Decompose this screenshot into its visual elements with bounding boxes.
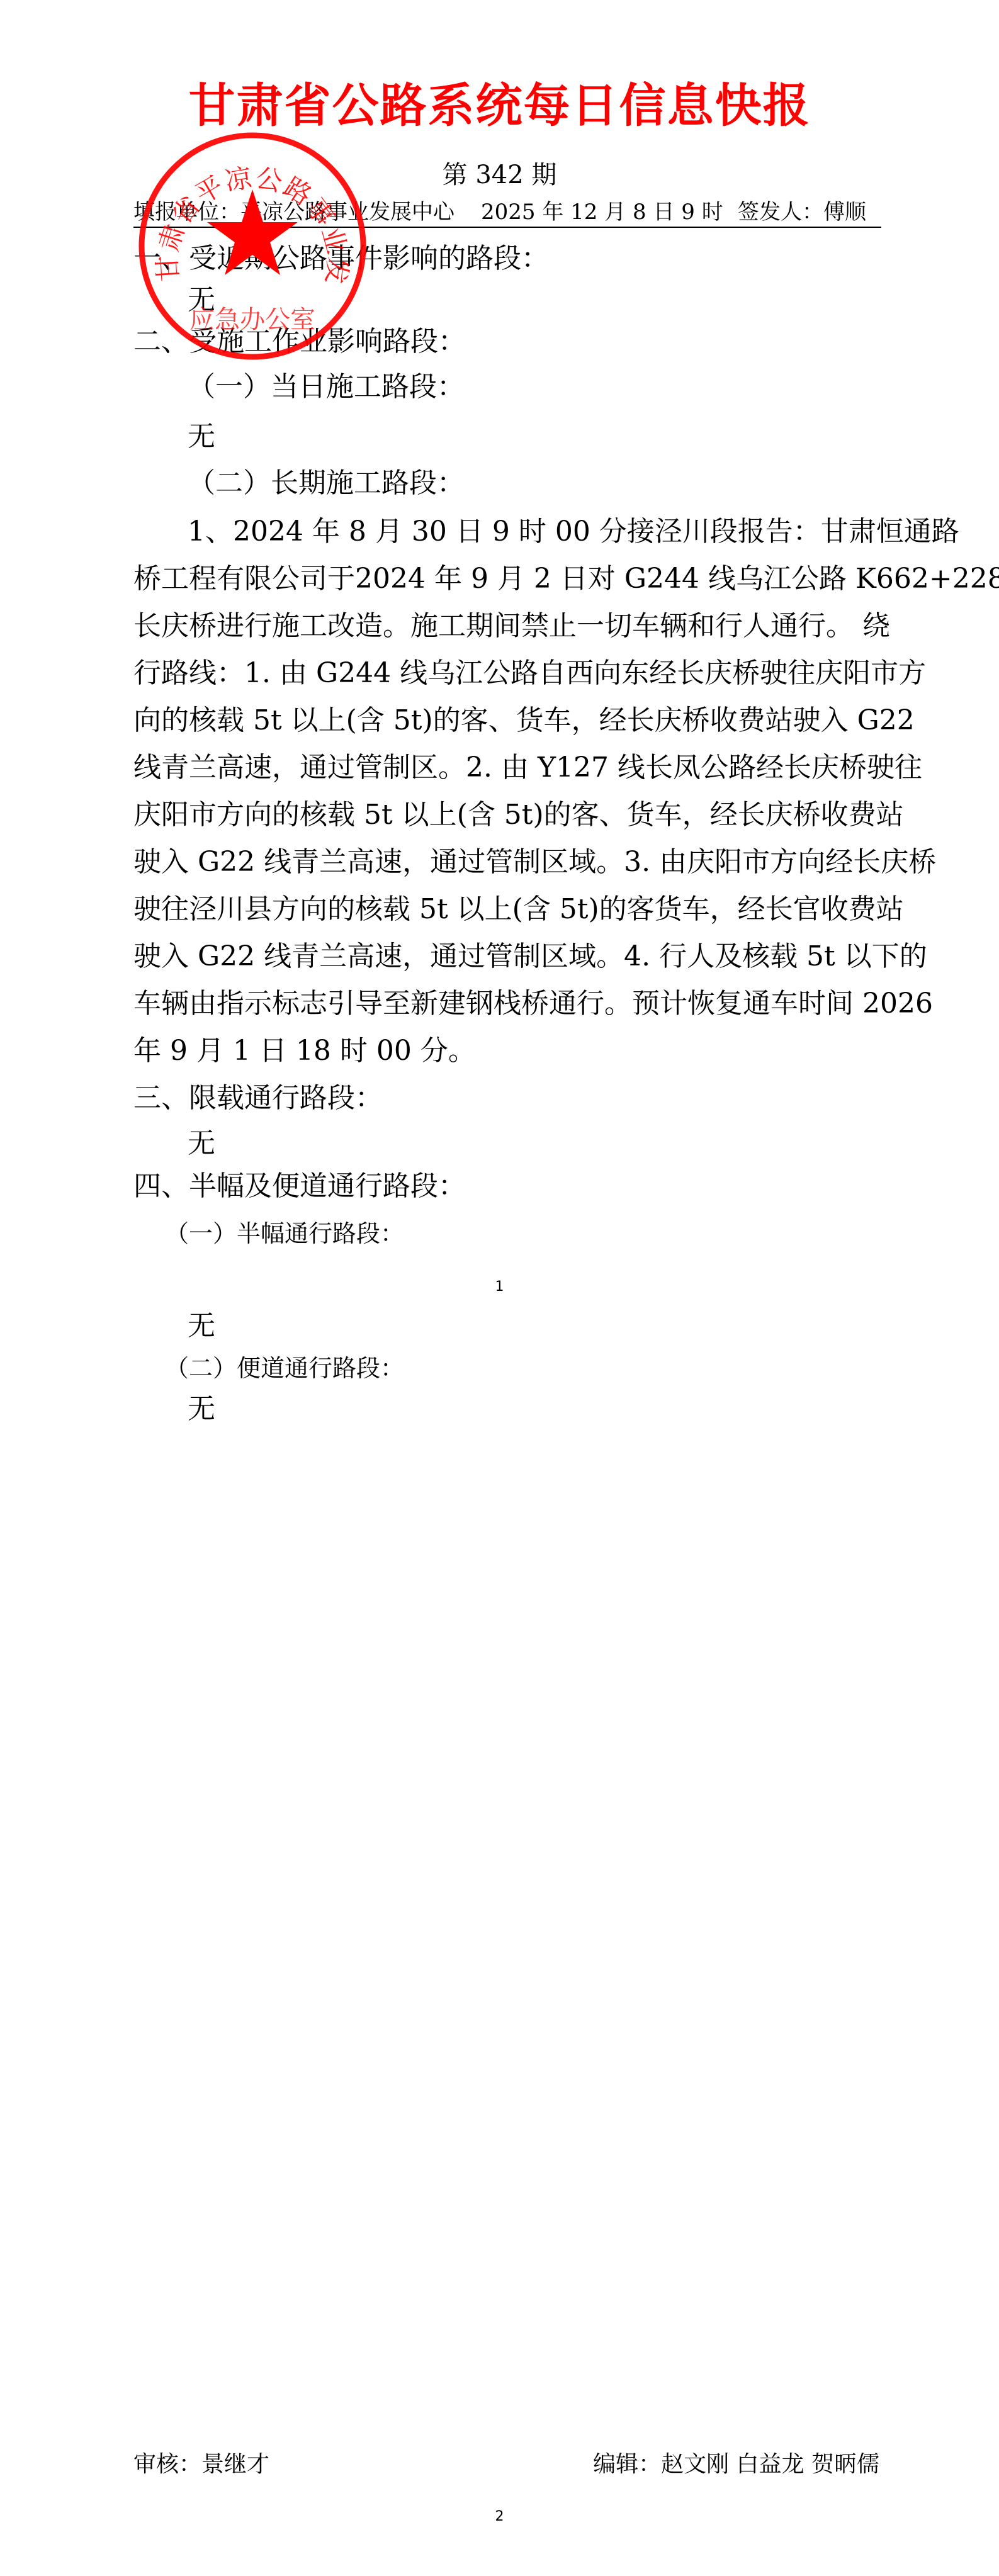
signer: 签发人：傅顺 xyxy=(738,196,866,228)
paragraph-line: 线青兰高速，通过管制区。2. 由 Y127 线长凤公路经长庆桥驶往 xyxy=(133,747,879,789)
section-2-sub2-heading: （二）长期施工路段： xyxy=(188,463,465,504)
section-2-sub1-content: 无 xyxy=(188,416,215,458)
section-4-sub2-content: 无 xyxy=(188,1388,215,1430)
paragraph-line: 桥工程有限公司于2024 年 9 月 2 日对 G244 线乌江公路 K662+… xyxy=(133,558,879,600)
section-4-sub2-heading: （二）便道通行路段： xyxy=(165,1349,404,1387)
editors: 编辑：赵文刚 白益龙 贺昞儒 xyxy=(593,2447,879,2482)
issue-number: 第 342 期 xyxy=(0,156,999,194)
section-3-content: 无 xyxy=(188,1123,215,1164)
reporting-unit: 填报单位：平凉公路事业发展中心 xyxy=(133,196,454,228)
paragraph-line: 行路线：1. 由 G244 线乌江公路自西向东经长庆桥驶往庆阳市方 xyxy=(133,653,879,694)
header-divider xyxy=(133,227,881,228)
header-meta: 填报单位：平凉公路事业发展中心 2025 年 12 月 8 日 9 时 签发人：… xyxy=(133,196,879,228)
report-title: 甘肃省公路系统每日信息快报 xyxy=(0,74,999,137)
section-2-sub1-heading: （一）当日施工路段： xyxy=(188,366,465,408)
paragraph-line: 驶入 G22 线青兰高速，通过管制区域。3. 由庆阳市方向经长庆桥 xyxy=(133,841,879,883)
paragraph-line: 庆阳市方向的核载 5t 以上(含 5t)的客、货车，经长庆桥收费站 xyxy=(133,794,879,836)
section-1-heading: 一、受近期公路事件影响的路段： xyxy=(133,238,549,279)
section-3-heading: 三、限载通行路段： xyxy=(133,1077,383,1119)
paragraph-line: 驶入 G22 线青兰高速，通过管制区域。4. 行人及核载 5t 以下的 xyxy=(133,936,879,977)
page-number: 1 xyxy=(0,1278,999,1296)
section-4-sub1-content: 无 xyxy=(188,1305,215,1347)
section-4-sub1-heading: （一）半幅通行路段： xyxy=(165,1215,404,1252)
section-1-content: 无 xyxy=(188,279,215,321)
section-4-heading: 四、半幅及便道通行路段： xyxy=(133,1166,466,1207)
page-number: 2 xyxy=(0,2507,999,2526)
reviewer: 审核：景继才 xyxy=(133,2447,269,2482)
paragraph-line: 向的核载 5t 以上(含 5t)的客、货车，经长庆桥收费站驶入 G22 xyxy=(133,700,879,741)
paragraph-line: 年 9 月 1 日 18 时 00 分。 xyxy=(133,1030,476,1072)
section-2-heading: 二、受施工作业影响路段： xyxy=(133,321,466,363)
paragraph-line: 驶往泾川县方向的核载 5t 以上(含 5t)的客货车，经长官收费站 xyxy=(133,889,879,930)
paragraph-line: 1、2024 年 8 月 30 日 9 时 00 分接泾川段报告：甘肃恒通路 xyxy=(188,511,879,553)
paragraph-line: 车辆由指示标志引导至新建钢栈桥通行。预计恢复通车时间 2026 xyxy=(133,983,879,1025)
paragraph-line: 长庆桥进行施工改造。施工期间禁止一切车辆和行人通行。 绕 xyxy=(133,605,879,647)
report-datetime: 2025 年 12 月 8 日 9 时 xyxy=(481,196,723,228)
